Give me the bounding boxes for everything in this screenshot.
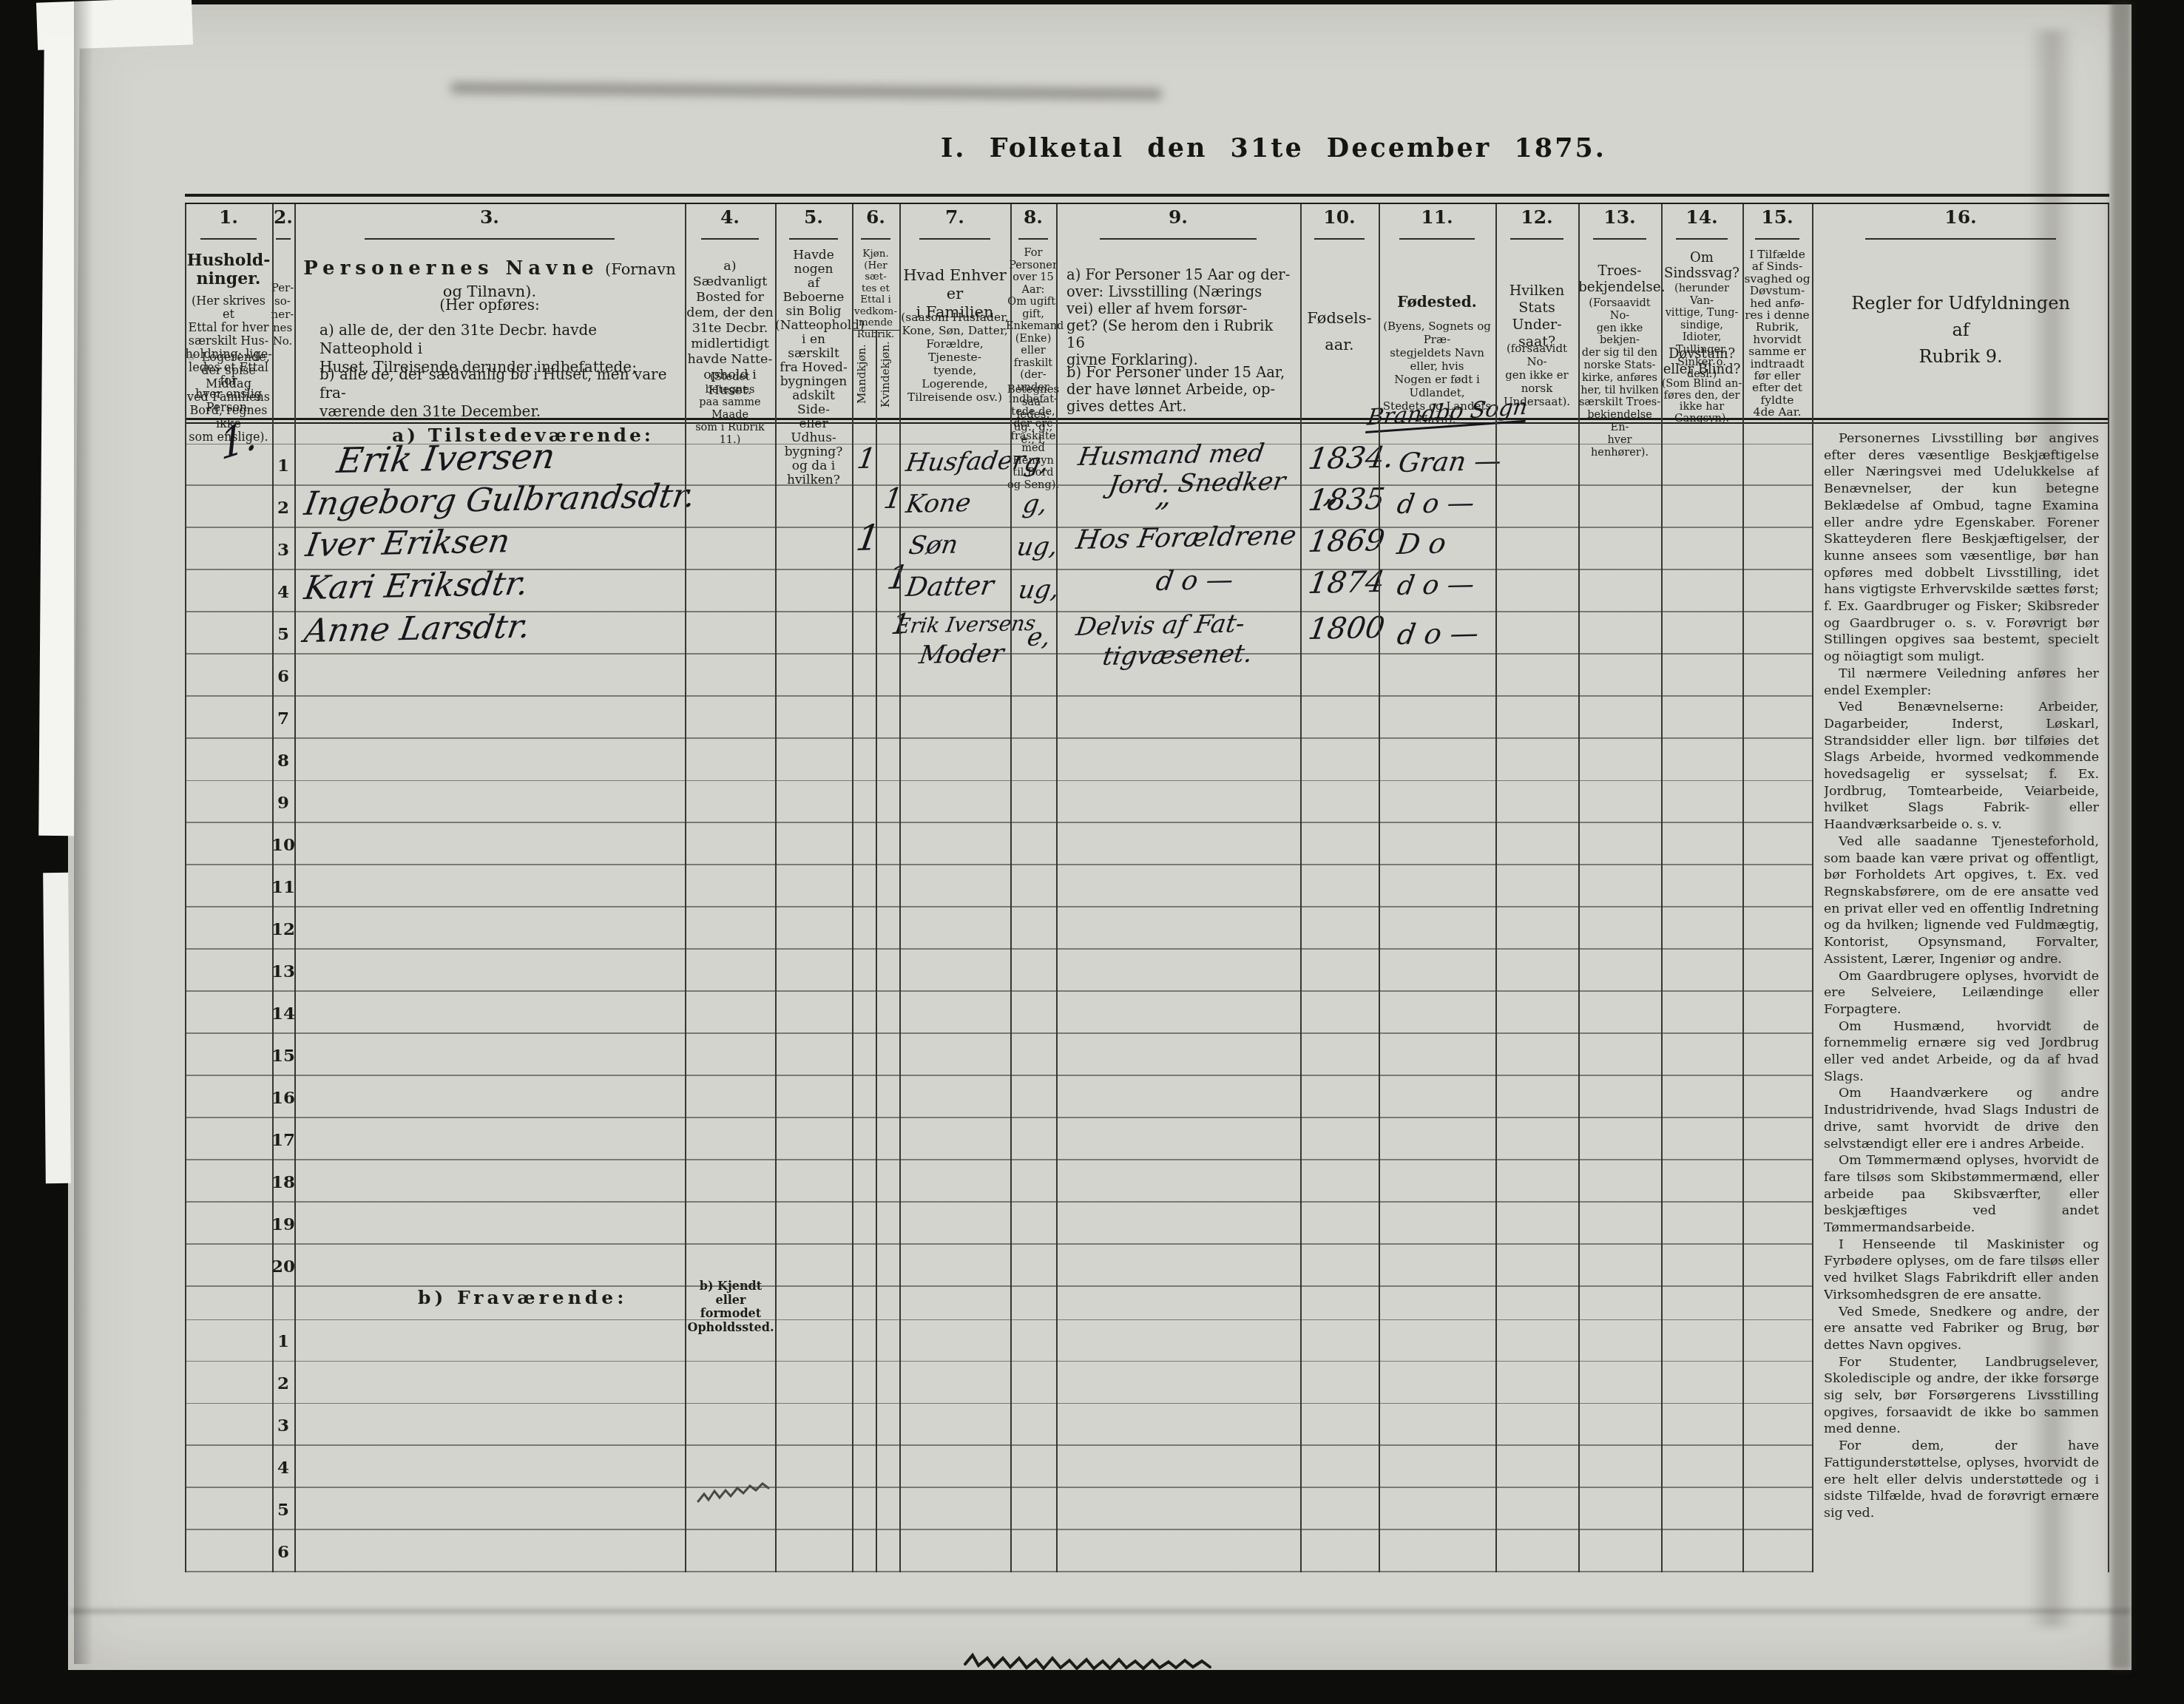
col7-header-note: (saasom Husfader, Kone, Søn, Datter, For… [899,311,1010,404]
column-number-underline [276,238,290,240]
col3-note-intro: (Her opføres: [294,296,685,314]
birthplace: d o — [1395,569,1476,601]
family-position: Søn [907,530,960,561]
instructions-paragraph: Ved alle saadanne Tjenesteforhold, som b… [1824,834,2099,968]
column-number-underline [1755,238,1799,240]
family-position-line2: Moder [917,639,1006,670]
col13-header-title: Troes- bekjendelse. [1578,263,1661,296]
person-name: Erik Iversen [334,436,558,481]
column-number-underline [789,238,839,240]
col3-header-title: Personernes Navne (Fornavn og Tilnavn). [294,257,685,302]
row-number-b-1: 1 [271,1331,296,1351]
row-number-b-5: 5 [271,1500,296,1520]
birth-year: 1835 [1306,482,1387,518]
column-number-3: 3. [294,206,685,228]
family-position: Erik Iversens [893,611,1038,638]
column-number-15: 15. [1742,206,1812,228]
column-number-5: 5. [775,206,852,228]
birthplace: d o — [1395,488,1476,520]
col2-header-label: Per- so- ner- nes No. [271,281,294,348]
marital-status: g, [1021,489,1049,519]
instructions-paragraph: For Studenter, Landbrugselever, Skoledis… [1824,1354,2099,1438]
column-divider [852,204,853,1572]
row-number-a-11: 11 [271,877,296,897]
row-number-a-1: 1 [271,456,296,476]
column-number-underline [200,238,257,240]
column-number-underline [1018,238,1048,240]
col14-header-h1: Om Sindssvag? [1661,250,1742,281]
column-number-underline [701,238,759,240]
header-bottom-rule-2 [185,422,2109,424]
column-number-9: 9. [1056,206,1300,228]
column-divider [1379,204,1380,1572]
column-divider [2108,204,2109,1572]
col1-header-title: Hushold- ninger. [186,251,271,288]
column-divider [685,204,686,1572]
instructions-paragraph: Om Gaardbrugere oplyses, hvorvidt de ere… [1824,968,2099,1018]
col11-header-title: Fødested. [1379,293,1495,311]
page-title: I. Folketal den 31te December 1875. [941,133,1606,163]
column-number-7: 7. [899,206,1010,228]
row-number-b-6: 6 [271,1542,296,1562]
marital-status: ug, [1016,575,1061,605]
column-number-6: 6. [852,206,899,228]
column-divider [185,204,186,1572]
column-number-14: 14. [1661,206,1742,228]
column-number-underline [1314,238,1365,240]
person-name: Iver Eriksen [303,522,513,564]
row-number-a-8: 8 [271,751,296,771]
col14-header-n2: (Som Blind an- føres den, der ikke har G… [1661,379,1742,425]
birth-year: 1869 [1306,524,1387,559]
column-number-underline [1399,238,1474,240]
col6-male-label: Mandkjøn. [855,333,874,416]
row-number-a-19: 19 [271,1214,296,1234]
instructions-paragraph: Om Haandværkere og andre Industridrivend… [1824,1085,2099,1152]
column-number-11: 11. [1379,206,1495,228]
instructions-column: Personernes Livsstilling bør angives eft… [1824,430,2099,1549]
row-number-a-4: 4 [271,582,296,602]
occupation: Delvis af Fat- [1074,609,1247,642]
col6-header-text: Kjøn. (Her sæt- tes et Ettal i vedkom- m… [852,248,899,340]
instructions-paragraph: For dem, der have Fattigunderstøttelse, … [1824,1438,2099,1522]
instructions-paragraph: Om Tømmermænd oplyses, hvorvidt de fare … [1824,1152,2099,1237]
marital-status: g, [1022,447,1051,478]
row-number-a-17: 17 [271,1130,296,1150]
col8-header-note: Betegnes saa- ledes: ug., g., e., f. [1006,383,1061,446]
column-number-underline [1865,238,2055,240]
column-divider [1812,204,1813,1572]
column-divider [1578,204,1580,1572]
column-number-16: 16. [1812,206,2109,228]
instructions-paragraph: Ved Smede, Snedkere og andre, der ere an… [1824,1304,2099,1354]
row-number-b-2: 2 [271,1373,296,1393]
row-number-a-16: 16 [271,1088,296,1108]
instructions-paragraph: Til nærmere Veiledning anføres her endel… [1824,666,2099,699]
column-number-10: 10. [1300,206,1379,228]
row-number-b-3: 3 [271,1416,296,1436]
birth-year: 1874 [1306,565,1387,601]
row-number-a-18: 18 [271,1172,296,1192]
col9-header-b: b) For Personer under 15 Aar, der have l… [1066,364,1296,415]
col3-note-b: b) alle de, der sædvanlig bo i Huset, me… [320,365,689,421]
column-divider [1495,204,1497,1572]
occupation-ditto: d o — [1154,565,1235,597]
col13-header-note: (Forsaavidt No- gen ikke bekjen- der sig… [1578,297,1661,459]
column-divider [1742,204,1744,1572]
column-number-4: 4. [685,206,775,228]
column-divider [876,331,877,1572]
column-number-underline [1676,238,1728,240]
person-name: Kari Eriksdtr. [302,565,531,607]
birthplace: Gran — [1396,446,1504,479]
row-number-a-10: 10 [271,835,296,855]
col16-header-title: Regler for Udfyldningen af Rubrik 9. [1812,290,2109,370]
row-number-a-20: 20 [271,1257,296,1277]
family-position: Kone [904,488,973,519]
section-b-row-lines [185,1319,1812,1572]
torn-edge-left-strip-lower [43,873,71,1183]
column-divider [1010,204,1012,1572]
occupation: Hos Forældrene [1074,521,1299,555]
column-number-12: 12. [1495,206,1578,228]
col14-header-h2: Døvstum? eller Blind? [1661,346,1742,377]
column-number-2: 2. [272,206,294,228]
table-top-rule [185,194,2109,197]
birthplace: d o — [1395,617,1481,651]
column-number-underline [919,238,990,240]
row-number-a-2: 2 [271,498,296,518]
table-top-rule-2 [185,203,2109,204]
family-position: Husfader [904,446,1027,478]
col10-header-text: Fødsels- aar. [1300,305,1379,358]
birth-year: 1834. [1306,441,1396,476]
column-divider [899,204,901,1572]
col6-female-label: Kvindekjøn. [879,333,898,416]
marital-status: e, [1025,622,1052,652]
column-number-underline [1510,238,1563,240]
row-number-a-9: 9 [271,793,296,813]
person-name: Anne Larsdtr. [302,608,533,650]
col9-header-a: a) For Personer 15 Aar og der- over: Liv… [1066,266,1296,368]
row-number-a-6: 6 [271,666,296,686]
occupation-line2: tigvæsenet. [1101,639,1254,672]
row-number-a-12: 12 [271,919,296,939]
occupation: Husmand med [1076,439,1266,472]
column-number-underline [1593,238,1646,240]
column-divider [1661,204,1663,1572]
family-position: Datter [904,571,996,603]
section-b-label: b) Fraværende: [418,1287,627,1308]
column-number-underline [365,238,615,240]
instructions-paragraph: I Henseende til Maskinister og Fyrbødere… [1824,1237,2099,1304]
marital-status: ug, [1015,532,1060,562]
column-divider [1300,204,1302,1572]
column-number-underline [861,238,891,240]
row-number-a-5: 5 [271,624,296,644]
instructions-paragraph: Personernes Livsstilling bør angives eft… [1824,430,2099,666]
row-number-a-3: 3 [271,540,296,560]
col12-header-question: Hvilken Stats Under- saat? [1495,283,1578,351]
instructions-paragraph: Ved Benævnelserne: Arbeider, Dagarbeider… [1824,699,2099,834]
column-divider [1056,204,1058,1572]
col4-header-note: (Stedet betegnes paa samme Maade som i R… [685,371,775,447]
birth-year: 1800 [1306,611,1387,646]
column-number-8: 8. [1010,206,1056,228]
col3-title-main: Personernes Navne [303,257,599,280]
row-number-a-7: 7 [271,709,296,728]
birthplace: D o [1395,527,1449,561]
column-number-underline [1100,238,1256,240]
column-divider [775,204,777,1572]
instructions-paragraph: Om Husmænd, hvorvidt de fornemmelig ernæ… [1824,1018,2099,1086]
column-number-1: 1. [185,206,272,228]
row-number-a-13: 13 [271,961,296,981]
row-number-a-15: 15 [271,1046,296,1066]
column-number-13: 13. [1578,206,1661,228]
row-number-a-14: 14 [271,1004,296,1024]
scanned-census-page: I. Folketal den 31te December 1875. Hush… [0,0,2184,1704]
col15-header-text: I Tilfælde af Sinds- svaghed og Døvstum-… [1742,248,1812,419]
row-number-b-4: 4 [271,1458,296,1478]
